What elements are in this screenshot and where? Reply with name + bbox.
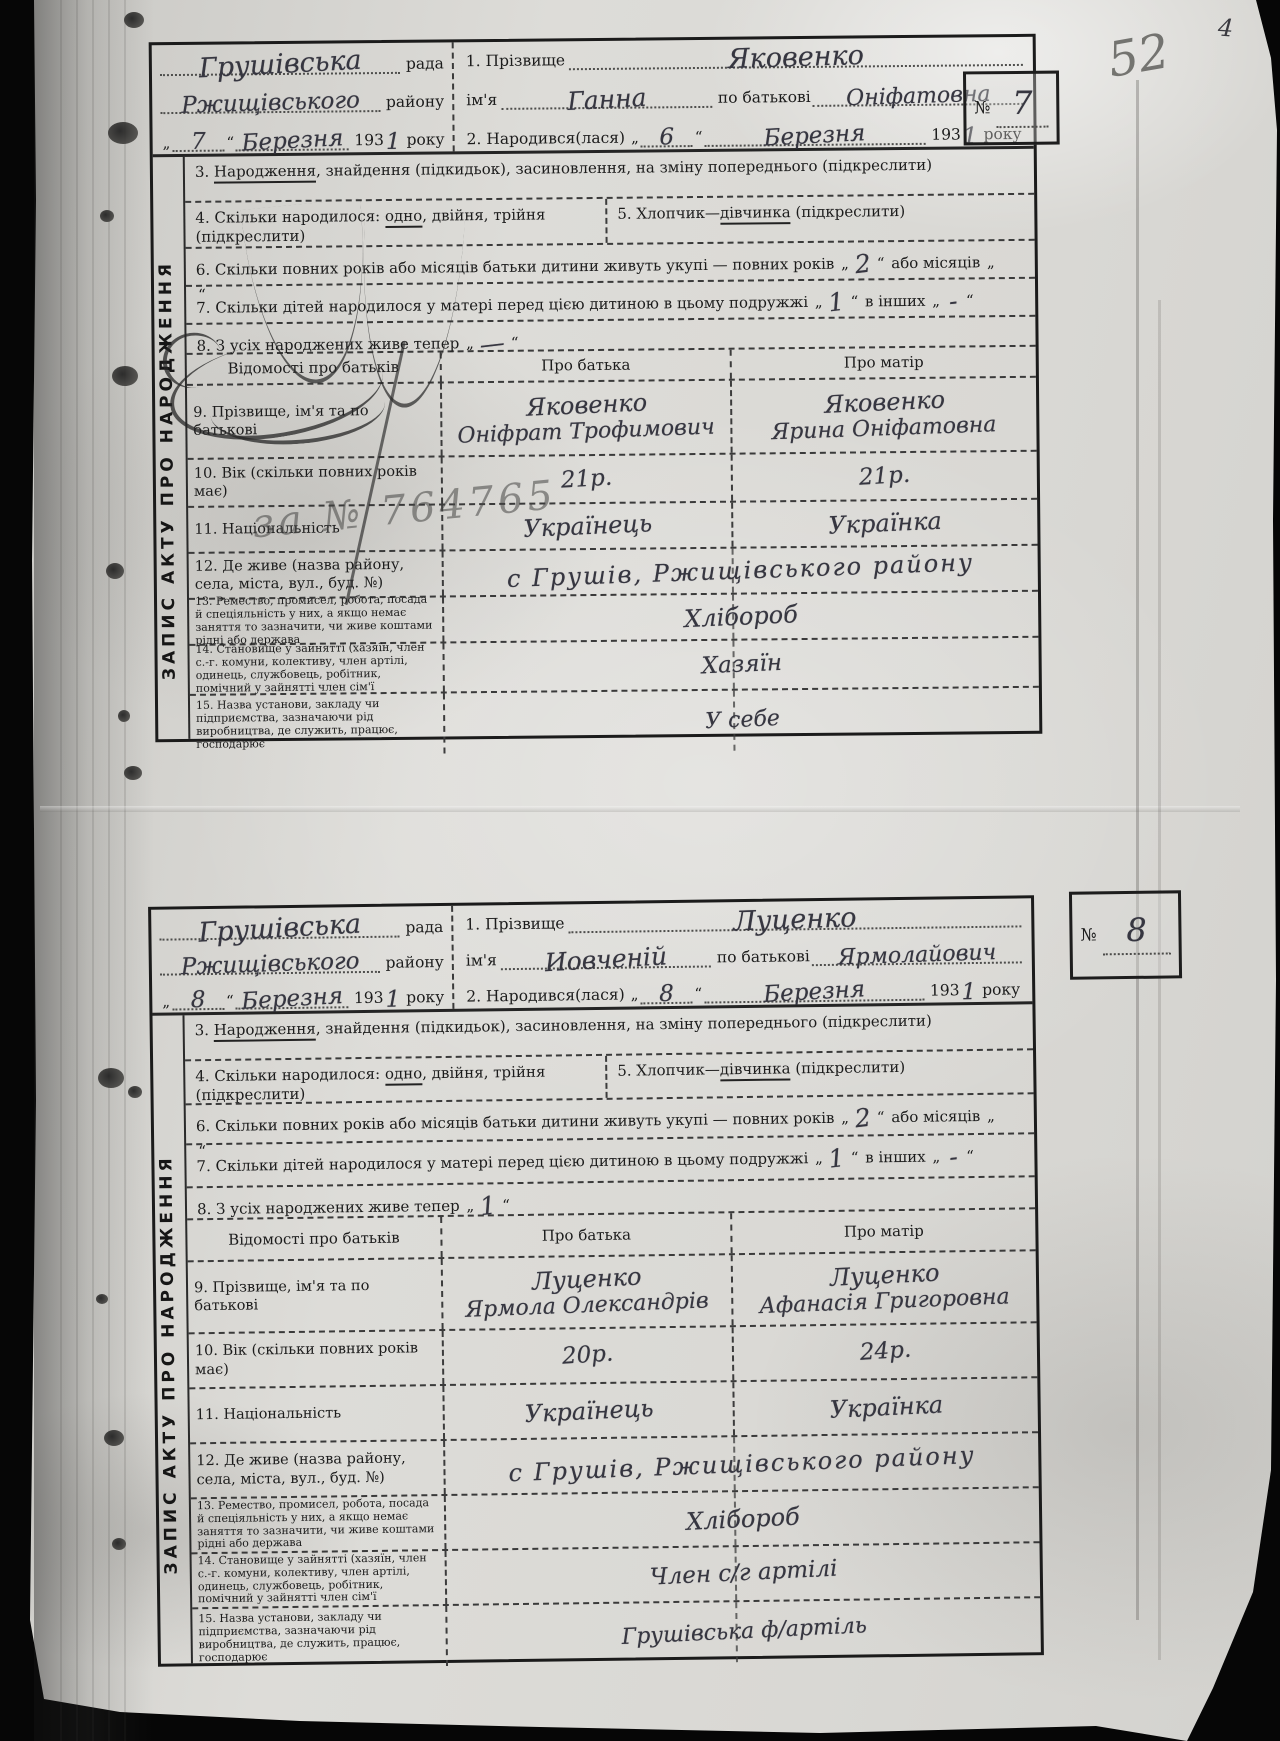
horizontal-crease [40,806,1240,812]
row11-label-text: 11. Національність [196,1404,437,1425]
row13-label: 13. Ремество, промисел, робота, посада й… [189,597,444,643]
field5-cell: 5. Хлопчик—дівчинка (підкреслити) [607,195,1034,243]
field1-label: 1. Прізвище [465,915,568,934]
birth-year-digit: 1 [961,980,976,1005]
quote-open: „ [930,292,942,311]
record-number-line: 7 [996,88,1048,128]
quote-open: „ [160,993,172,1011]
mother-nationality-cell: Українка [734,1378,1038,1435]
row14-label-text: 14. Становище у зайнятті (хазяїн, член с… [195,642,436,696]
col-father-label: Про батька [542,1225,631,1245]
field5-rest: (підкреслити) [791,202,906,221]
row15-label: 15. Назва установи, закладу чи підприємс… [192,1606,448,1669]
district-line: Ржищівського району [160,89,446,114]
district-fill-line: Ржищівського [160,90,380,114]
row13-label-text: 13. Ремество, промисел, робота, посада й… [197,1497,439,1552]
punch-hole [112,366,138,386]
row-residence: 12. Де живе (назва району, села, міста, … [189,546,1038,600]
mother-age-cell: 24р. [734,1323,1038,1380]
field6-mid: або місяців [886,1107,985,1126]
status-value: Хазяїн [701,648,783,680]
children-this-marriage-value: 1 [827,286,846,319]
punch-hole [112,1538,126,1550]
quote-open: „ [985,253,997,272]
col-mother-label: Про матір [844,1221,924,1241]
father-nationality-value: Українець [524,1393,654,1429]
corner-page-number: 4 [1217,14,1234,43]
row14-label: 14. Становище у зайнятті (хазяїн, член с… [189,643,444,693]
quote-close: “ [509,334,521,353]
field3-num: 3. [195,163,214,181]
form-body: 3. Народження, знайдення (підкидьок), за… [182,1004,1040,1663]
reg-day-value: 8 [191,988,206,1013]
name-patronymic-line: ім'я Ганна по батькові Оніфатовна [466,82,1023,111]
punch-hole [98,1068,124,1088]
field7-prefix: 7. Скільки дітей народилося у матері пер… [196,1149,813,1175]
council-fill-line: Грушівська [159,913,399,941]
district-fill-line: Ржищівського [160,950,380,975]
pencil-page-number: 52 [1104,23,1174,89]
council-block: Грушівська рада Ржищівського району „ 7 … [152,42,455,154]
council-name-value: Грушівська [198,46,362,84]
row12-label-text: 12. Де живе (назва району, села, міста, … [196,1449,437,1488]
quote-close: “ [692,986,704,1004]
quote-open: „ [839,1109,851,1128]
district-name-value: Ржищівського [180,949,359,980]
name-fill-line: Иовченій [501,944,711,970]
reg-year-digit: 1 [385,987,400,1012]
occupation-value: Хлібороб [684,599,799,634]
punch-hole [124,12,144,28]
name-patronymic-line: ім'я Иовченій по батькові Ярмолайович [466,940,1022,971]
imya-label: ім'я [466,92,501,110]
record-number-value: 8 [1126,911,1147,949]
mother-age-value: 24р. [859,1336,912,1368]
record-number-box: № 8 [1069,890,1182,979]
children-this-marriage-value: 1 [827,1142,846,1175]
residence-value: с Грушів, Ржищівського району [508,1439,976,1487]
rada-label: рада [400,55,446,73]
residence-cell: с Грушів, Ржищівського району [444,546,1038,596]
col-parents-label: Відомості про батьків [228,1228,400,1249]
district-name-value: Ржищівського [180,88,359,119]
quote-open: „ [464,1197,476,1216]
punch-hole [106,563,124,579]
reg-month-value: Березня [240,984,343,1015]
occupation-cell: Хлібороб [446,1488,1040,1549]
council-name-value: Грушівська [197,910,361,949]
reg-month-value: Березня [241,126,344,157]
row15-label-text: 15. Назва установи, закладу чи підприємс… [196,698,437,752]
field8-prefix: 8. З усіх народжених живе тепер [197,1197,465,1218]
father-nationality-cell: Українець [444,1382,735,1439]
punch-hole [100,210,114,222]
quote-open: „ [985,1107,997,1126]
children-other-value: - [944,1141,962,1174]
year-prefix: 193 [925,126,963,144]
mother-nationality-value: Українка [828,506,943,541]
quote-close: “ [875,254,887,273]
year-prefix: 193 [924,982,962,1001]
record-number-label: № [974,98,990,118]
punch-hole [118,710,130,722]
punch-hole [124,766,142,780]
father-given-value: Ярмола Олександрів [465,1288,709,1325]
row9-label: 9. Прізвище, ім'я та по батькові [188,1259,444,1332]
birth-day-value: 6 [659,125,674,150]
field3-rest: , знайдення (підкидьок), засиновлення, н… [316,156,932,180]
birth-month-value: Березня [763,121,866,152]
field3-row: 3. Народження, знайдення (підкидьок), за… [185,149,1034,203]
reg-year-digit: 1 [386,130,401,155]
under-page-edge [1158,300,1161,1660]
col-mother-header: Про матір [732,1209,1035,1253]
field2-label: 2. Народився(лася) [467,130,630,150]
field3-num: 3. [195,1021,214,1039]
field4-prefix: 4. Скільки народилося: [195,1065,385,1085]
row12-label: 12. Де живе (назва району, села, міста, … [190,1441,446,1497]
institution-cell: Грушівська ф/артіль [447,1598,1041,1666]
quote-open: „ [629,130,641,148]
child-block: 1. Прізвище Яковенко ім'я Ганна по батьк… [454,37,1034,152]
birth-record-form-7: ЗАПИС АКТУ ПРО НАРОДЖЕННЯ № 7 Грушівська… [149,34,1043,742]
quote-close: “ [224,992,236,1010]
given-name-value: Ганна [566,84,647,116]
name-fill-line: Ганна [501,85,712,111]
field5-prefix: 5. Хлопчик— [617,1060,720,1079]
patronymic-fill-line: Ярмолайович [812,943,1022,967]
year-prefix: 193 [348,132,386,150]
council-fill-line: Грушівська [160,49,400,76]
birth-date-line: 2. Народився(лася) „ 6 “ Березня 193 1 р… [466,122,1023,150]
children-other-value: - [944,285,961,318]
quote-open: „ [813,293,825,312]
row12-label: 12. Де живе (назва району, села, міста, … [189,551,444,597]
reg-day-value: 7 [191,129,206,154]
quote-open: „ [813,1149,825,1168]
record-number-box: № 7 [963,71,1060,146]
row13-label-text: 13. Ремество, промисел, робота, посада й… [195,594,436,648]
quote-open: „ [629,987,641,1005]
father-name-cell: Луценко Ярмола Олександрів [443,1255,734,1329]
field3-underlined: Народження [214,162,316,184]
father-given-value: Оніфрат Трофимович [457,414,715,451]
row-status: 14. Становище у зайнятті (хазяїн, член с… [189,638,1038,696]
roku-label: року [400,989,446,1008]
row11-label: 11. Національність [189,1386,445,1442]
status-value: Член с/г артілі [649,1555,838,1593]
quote-close: “ [849,1149,861,1168]
institution-value: У себе [704,705,780,736]
quote-close: “ [500,1196,512,1215]
row-occupation: 13. Ремество, промисел, робота, посада й… [189,592,1038,646]
mother-nationality-value: Українка [829,1389,944,1424]
field5-underlined: дівчинка [720,203,791,225]
council-line: Грушівська рада [159,912,445,940]
surname-line: 1. Прізвище Луценко [465,902,1021,934]
field5-underlined: дівчинка [720,1059,791,1081]
status-cell: Член с/г артілі [447,1543,1041,1604]
father-age-cell: 20р. [444,1327,735,1384]
birth-record-form-8: ЗАПИС АКТУ ПРО НАРОДЖЕННЯ № 8 Грушівська… [148,895,1044,1667]
reg-month-line: Березня [236,128,348,151]
months-together-value [1001,1124,1015,1126]
col-father-header: Про батька [442,1213,732,1257]
registration-date-line: „ 8 “ Березня 193 1 року [160,985,446,1011]
form-header: Грушівська рада Ржищівського району „ 7 … [152,37,1034,157]
row14-label-text: 14. Становище у зайнятті (хазяїн, член с… [198,1552,440,1607]
quote-close: “ [848,292,860,311]
mother-nationality-cell: Українка [733,500,1037,547]
months-together-value [1001,270,1015,272]
row-institution: 15. Назва установи, закладу чи підприємс… [192,1598,1041,1669]
surname-fill-line: Яковенко [569,41,1023,70]
birth-month-value: Березня [763,977,866,1008]
raionu-label: району [380,93,446,112]
col-father-label: Про батька [541,356,630,376]
col-father-header: Про батька [442,350,732,382]
birth-day-line: 8 [640,981,692,1004]
birth-day-value: 8 [659,982,674,1007]
quote-open: „ [464,334,476,353]
mother-name-cell: Яковенко Ярина Оніфатовна [732,378,1037,453]
rada-label: рада [399,919,445,938]
po-batkovi-label: по батькові [712,89,813,108]
record-number-line: 8 [1102,914,1170,955]
form-header: Грушівська рада Ржищівського району „ 8 … [151,898,1032,1016]
reg-day-line: 7 [172,129,224,152]
row9-label-text: 9. Прізвище, ім'я та по батькові [194,1276,435,1315]
col-parents-header: Відомості про батьків [187,1217,443,1260]
field3-underlined: Народження [214,1020,316,1042]
mother-name-cell: Луценко Афанасія Григоровна [733,1251,1037,1325]
residence-cell: с Грушів, Ржищівського району [445,1433,1039,1494]
field1-label: 1. Прізвище [466,52,569,71]
child-block: 1. Прізвище Луценко ім'я Иовченій по бат… [453,898,1032,1009]
row15-label-text: 15. Назва установи, закладу чи підприємс… [198,1610,440,1665]
birth-date-line: 2. Народився(лася) „ 8 “ Березня 193 1 р… [466,977,1022,1007]
district-line: Ржищівського району [160,949,446,975]
surname-value: Яковенко [727,41,864,75]
col-mother-header: Про матір [732,347,1036,379]
quote-open: „ [930,1147,942,1166]
occupation-value: Хлібороб [685,1501,800,1536]
field5-cell: 5. Хлопчик—дівчинка (підкреслити) [607,1050,1034,1098]
quote-open: „ [161,135,173,153]
field7-mid: в інших [860,1148,930,1167]
under-page-edge [1136,80,1139,1620]
punch-hole [104,1430,124,1446]
occupation-cell: Хлібороб [444,592,1038,642]
quote-close: “ [875,1108,887,1127]
years-together-value: 2 [853,248,872,281]
raionu-label: району [379,954,446,973]
punch-hole [128,1086,142,1098]
row14-label: 14. Становище у зайнятті (хазяїн, член с… [192,1551,448,1607]
punch-hole [96,1294,108,1304]
row-names: 9. Прізвище, ім'я та по батькові Луценко… [188,1251,1037,1334]
surname-value: Луценко [733,903,857,937]
record-number-value: 7 [1012,84,1033,122]
council-line: Грушівська рада [160,48,446,75]
row10-label-text: 10. Вік (скільки повних років має) [195,1339,436,1378]
registration-date-line: „ 7 “ Березня 193 1 року [161,127,447,152]
reg-day-line: 8 [172,988,224,1011]
field5-prefix: 5. Хлопчик— [617,204,720,223]
father-age-value: 20р. [561,1340,614,1372]
paper-creases [60,0,130,1741]
field6-mid: або місяців [886,253,985,272]
birth-month-line: Березня [704,978,924,1003]
mother-given-value: Ярина Оніфатовна [771,411,997,447]
quote-close: “ [964,1147,976,1166]
field4-cell: 4. Скільки народилося: одно, двійня, трі… [185,1056,608,1104]
mother-age-value: 21р. [858,460,911,492]
given-name-value: Иовченій [544,942,668,976]
row15-label: 15. Назва установи, закладу чи підприємс… [190,693,446,755]
form-side-title: ЗАПИС АКТУ ПРО НАРОДЖЕННЯ [155,205,187,735]
row10-label: 10. Вік (скільки повних років має) [189,1331,445,1387]
row13-label: 13. Ремество, промисел, робота, посада й… [191,1496,447,1552]
institution-value: Грушівська ф/артіль [621,1612,867,1651]
punch-hole [108,122,138,144]
po-batkovi-label: по батькові [711,949,812,968]
patronymic-value: Ярмолайович [837,941,996,971]
field5-rest: (підкреслити) [790,1058,905,1077]
surname-line: 1. Прізвище Яковенко [466,41,1023,71]
institution-cell: У себе [445,688,1040,754]
field7-mid: в інших [860,292,930,311]
birth-month-line: Березня [704,123,925,147]
col-mother-label: Про матір [844,353,924,373]
reg-month-line: Березня [236,986,349,1010]
roku-label: року [400,131,446,149]
scanned-page: 52 4 ЗАПИС АКТУ ПРО НАРОДЖЕННЯ № 7 Груші… [0,0,1280,1741]
quote-close: “ [224,134,236,152]
quote-open: „ [839,255,851,274]
year-prefix: 193 [348,990,386,1009]
quote-close: “ [693,129,705,147]
imya-label: ім'я [466,953,501,972]
mother-given-value: Афанасія Григоровна [759,1284,1010,1321]
field2-label: 2. Народився(лася) [466,986,629,1006]
row-institution: 15. Назва установи, закладу чи підприємс… [190,688,1040,756]
field6-prefix: 6. Скільки повних років або місяців бать… [196,1109,839,1135]
record-number-label: № [1080,925,1096,945]
row12-label-text: 12. Де живе (назва району, села, міста, … [195,555,436,594]
roku-label: року [976,981,1022,1000]
years-together-value: 2 [853,1102,872,1135]
surname-fill-line: Луценко [568,902,1021,933]
field4-underlined: одно [385,1064,423,1085]
council-block: Грушівська рада Ржищівського району „ 8 … [151,906,454,1013]
status-cell: Хазяїн [444,638,1038,692]
birth-day-line: 6 [641,125,693,148]
quote-close: “ [964,291,976,310]
field3-rest: , знайдення (підкидьок), засиновлення, н… [316,1012,932,1038]
father-name-cell: Яковенко Оніфрат Трофимович [442,381,733,456]
residence-value: с Грушів, Ржищівського району [507,547,975,594]
